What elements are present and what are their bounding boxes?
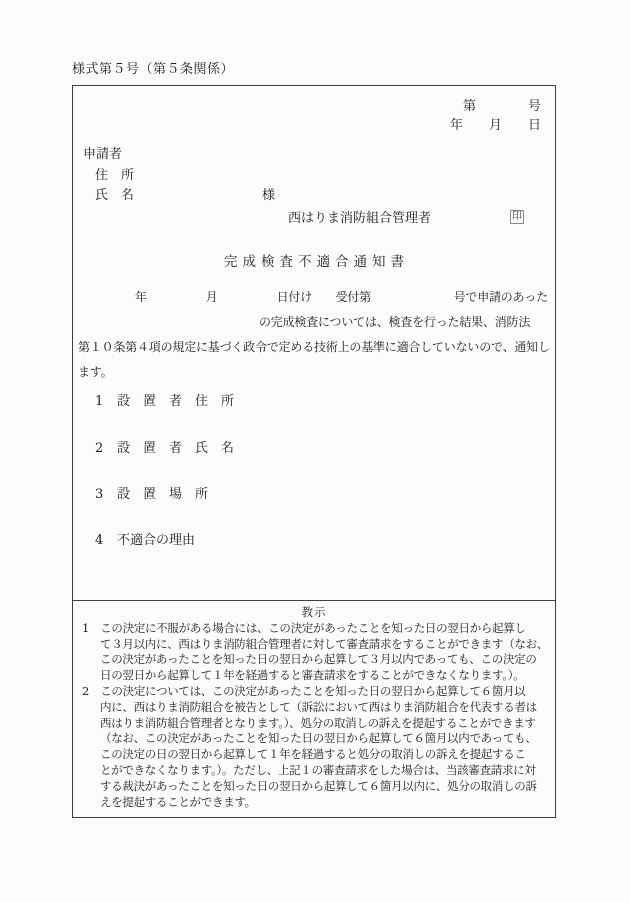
advice-title: 教示	[79, 605, 549, 621]
applicant-name-label: 氏 名	[95, 188, 134, 203]
advice-line: 2 この決定については、この決定があったことを知った日の翌日から起算して６箇月以	[100, 684, 549, 700]
sender-name: 西はりま消防組合管理者	[288, 207, 431, 226]
advice-line: この決定があったことを知った日の翌日から起算して３月以内であっても、この決定の	[100, 652, 549, 668]
document-border-box: 第 号 年 月 日 申請者 住 所 氏 名様 西はりま消防組合管理者 印 完成検…	[72, 85, 556, 818]
advice-paragraph-review-request: 1 この決定に不服がある場合には、この決定があったことを知った日の翌日から起算し…	[79, 621, 549, 684]
item-label: 設 置 者 氏 名	[117, 441, 234, 456]
advice-paragraph-lawsuit: 2 この決定については、この決定があったことを知った日の翌日から起算して６箇月以…	[79, 684, 549, 810]
honorific-label: 様	[262, 188, 275, 203]
document-page: 様式第５号（第５条関係） 第 号 年 月 日 申請者 住 所 氏 名様 西はりま…	[0, 0, 630, 903]
advice-line: 日の翌日から起算して１年を経過すると審査請求をすることができなくなります。）。	[100, 668, 549, 684]
document-date-field: 年 月 日	[450, 114, 541, 133]
applicant-label: 申請者	[83, 143, 122, 162]
item-row-installation-place: 3設 置 場 所	[95, 483, 208, 502]
notice-main-section: 第 号 年 月 日 申請者 住 所 氏 名様 西はりま消防組合管理者 印 完成検…	[73, 86, 555, 600]
applicant-address-label: 住 所	[95, 164, 134, 183]
form-number-label: 様式第５号（第５条関係）	[72, 58, 234, 77]
seal-mark: 印	[510, 210, 524, 224]
advice-line: えを提起することができます。	[100, 795, 549, 811]
advice-line: 内に、西はりま消防組合を被告として（訴訟において西はりま消防組合を代表する者は	[100, 700, 549, 716]
item-number: 3	[95, 487, 105, 502]
item-number: 4	[95, 533, 105, 548]
body-line-end: ます。	[78, 363, 112, 380]
item-label: 設 置 場 所	[117, 487, 208, 502]
advice-section: 教示 1 この決定に不服がある場合には、この決定があったことを知った日の翌日から…	[73, 600, 555, 817]
advice-line: 1 この決定に不服がある場合には、この決定があったことを知った日の翌日から起算し	[100, 621, 549, 637]
body-line-law: 第１０条第４項の規定に基づく政令で定める技術上の基準に適合していないので、通知し	[78, 338, 550, 355]
item-label: 不適合の理由	[117, 533, 195, 548]
item-row-nonconformity-reason: 4不適合の理由	[95, 529, 195, 548]
item-number: 1	[95, 394, 105, 409]
sender-row: 西はりま消防組合管理者 印	[288, 207, 524, 226]
body-line-date-receipt: 年 月 日付け 受付第 号で申請のあった	[135, 288, 548, 305]
advice-line: する裁決があったことを知った日の翌日から起算して６箇月以内に、処分の取消しの訴	[100, 779, 549, 795]
advice-line: （なお、この決定があったことを知った日の翌日から起算して６箇月以内であっても、	[100, 731, 549, 747]
advice-line: とができなくなります。）。ただし、上記１の審査請求をした場合は、当該審査請求に対	[100, 763, 549, 779]
document-number-field: 第 号	[463, 95, 541, 114]
item-row-installer-address: 1設 置 者 住 所	[95, 390, 234, 409]
body-line-inspection: の完成検査については、検査を行った結果、消防法	[259, 313, 530, 330]
advice-line: 西はりま消防組合管理者となります。）、処分の取消しの訴えを提起することができます	[100, 716, 549, 732]
item-label: 設 置 者 住 所	[117, 394, 234, 409]
advice-line: て３月以内に、西はりま消防組合管理者に対して審査請求をすることができます（なお、	[100, 637, 549, 653]
document-title: 完成検査不適合通知書	[73, 250, 555, 270]
applicant-name-row: 氏 名様	[95, 184, 275, 203]
advice-line: この決定の日の翌日から起算して１年を経過すると処分の取消しの訴えを提起するこ	[100, 747, 549, 763]
item-number: 2	[95, 441, 105, 456]
item-row-installer-name: 2設 置 者 氏 名	[95, 437, 234, 456]
